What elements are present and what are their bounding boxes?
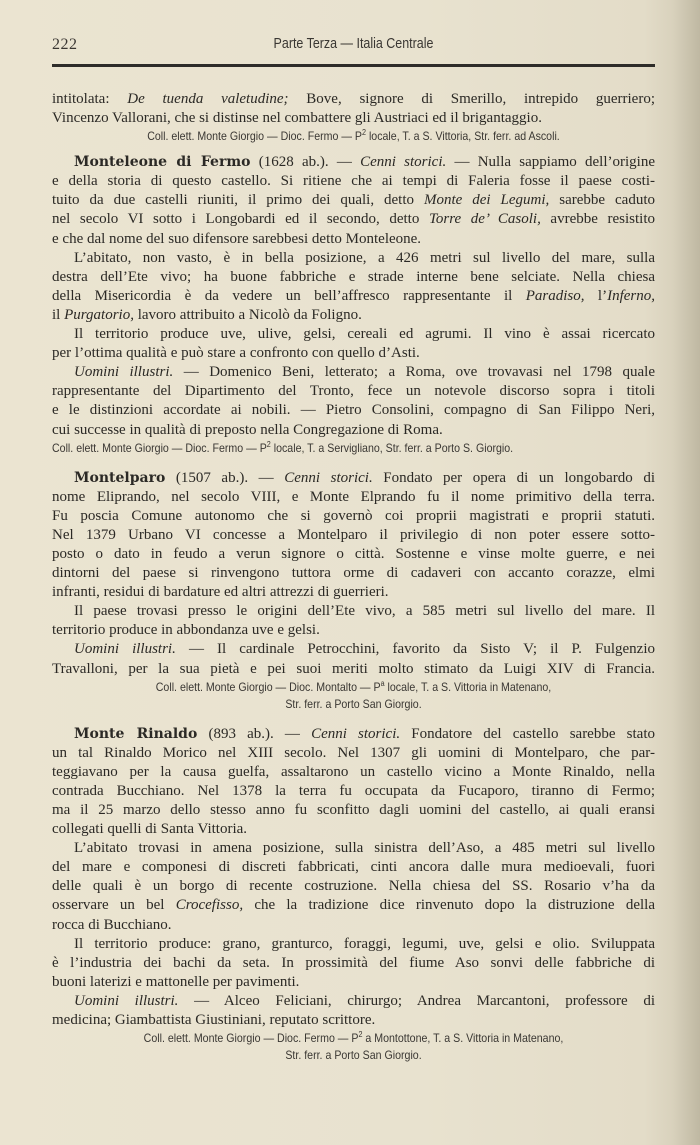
entry-monte-rinaldo: Monte Rinaldo (893 ab.). — Cenni storici…	[52, 725, 655, 1065]
running-head: 222 Parte Terza — Italia Centrale	[52, 34, 655, 58]
text-line: infranti, residui di bardature ed altri …	[52, 583, 655, 602]
text-line: Uomini illustri. — Domenico Beni, letter…	[52, 363, 655, 382]
text-line: tuito da due castelli riuniti, il primo …	[52, 191, 655, 210]
text-line: il Purgatorio, lavoro attribuito a Nicol…	[52, 306, 655, 325]
text-line: un tal Rinaldo Morico nel XIII secolo. N…	[52, 744, 655, 763]
text-line: medicina; Giambattista Giustiniani, repu…	[52, 1011, 655, 1030]
text-line: Travalloni, per la sua pietà e pei suoi …	[52, 660, 655, 679]
text-line: destra dell’Ete vivo; ha buone fabbriche…	[52, 268, 655, 287]
text-line: osservare un bel Crocefisso, che la trad…	[52, 896, 655, 915]
text-line: nome Eliprando, nel secolo VIII, e Monte…	[52, 488, 655, 507]
text-line: contrada Bucchiano. Nel 1378 la terra fu…	[52, 782, 655, 801]
text-line: delle quali è un borgo di recente costru…	[52, 877, 655, 896]
text-line: rappresentante del Dipartimento del Tron…	[52, 382, 655, 401]
text-line: e della storia di questo castello. Si ri…	[52, 172, 655, 191]
text-line: ma il 25 marzo dello stesso anno fu scon…	[52, 801, 655, 820]
running-title: Parte Terza — Italia Centrale	[94, 36, 613, 52]
text-line: rocca di Bucchiano.	[52, 916, 655, 935]
text-line: per l’ottima qualità e può stare a confr…	[52, 344, 655, 363]
entry-monteleone-di-fermo: Monteleone di Fermo (1628 ab.). — Cenni …	[52, 153, 655, 456]
body-text: intitolata: De tuenda valetudine; Bove, …	[52, 90, 655, 1064]
electoral-info: Coll. elett. Monte Giorgio — Dioc. Fermo…	[82, 128, 625, 145]
text-line: Il paese trovasi presso le origini dell’…	[52, 602, 655, 621]
text-line: della Misericordia è da vedere un bell’a…	[52, 287, 655, 306]
electoral-info: Coll. elett. Monte Giorgio — Dioc. Monta…	[82, 679, 625, 696]
text-line: L’abitato trovasi in amena posizione, su…	[52, 839, 655, 858]
text-line: cui successe in qualità di preposto nell…	[52, 421, 655, 440]
text-line: dintorni del paese si rinvengono tuttora…	[52, 564, 655, 583]
entry-heading: Monte Rinaldo	[74, 726, 197, 742]
entry-heading: Montelparo	[74, 470, 165, 486]
text-line: Nel 1379 Urbano VI concesse a Montelparo…	[52, 526, 655, 545]
book-page: 222 Parte Terza — Italia Centrale intito…	[0, 0, 700, 1145]
entry-continuation: intitolata: De tuenda valetudine; Bove, …	[52, 90, 655, 145]
header-rule	[52, 64, 655, 67]
text-line: Vincenzo Vallorani, che si distinse nel …	[52, 109, 655, 128]
text-line: Uomini illustri. — Alceo Feliciani, chir…	[52, 992, 655, 1011]
electoral-info: Coll. elett. Monte Giorgio — Dioc. Fermo…	[82, 1030, 625, 1047]
text-line: collegati quelli di Santa Vittoria.	[52, 820, 655, 839]
text-line: Monte Rinaldo (893 ab.). — Cenni storici…	[52, 725, 655, 744]
text-line: Uomini illustri. — Il cardinale Petrocch…	[52, 640, 655, 659]
text-line: intitolata: De tuenda valetudine; Bove, …	[52, 90, 655, 109]
text-line: territorio produce in abbondanza uve e g…	[52, 621, 655, 640]
text-line: L’abitato, non vasto, è in bella posizio…	[52, 249, 655, 268]
electoral-info-cont: Str. ferr. a Porto San Giorgio.	[82, 696, 625, 713]
text-line: è l’industria dei bachi da seta. In pros…	[52, 954, 655, 973]
electoral-info-cont: Str. ferr. a Porto San Giorgio.	[82, 1047, 625, 1064]
text-line: e le distinzioni accordate ai nobili. — …	[52, 401, 655, 420]
text-line: Montelparo (1507 ab.). — Cenni storici. …	[52, 469, 655, 488]
text-line: Il territorio produce uve, ulive, gelsi,…	[52, 325, 655, 344]
text-line: nel secolo VI sotto i Longobardi ed il s…	[52, 210, 655, 229]
text-line: del mare e componesi di discreti fabbric…	[52, 858, 655, 877]
electoral-info: Coll. elett. Monte Giorgio — Dioc. Fermo…	[52, 440, 595, 457]
text-line: buoni laterizi e mattonelle per paviment…	[52, 973, 655, 992]
text-line: posto o dato in feudo a verun signore o …	[52, 545, 655, 564]
page-number: 222	[52, 36, 78, 54]
text-line: teggiavano per la causa guelfa, assaltar…	[52, 763, 655, 782]
text-line: Fu poscia Comune autonomo che si governò…	[52, 507, 655, 526]
text-line: e che dal nome del suo difensore sarebbe…	[52, 230, 655, 249]
entry-montelparo: Montelparo (1507 ab.). — Cenni storici. …	[52, 469, 655, 713]
entry-heading: Monteleone di Fermo	[74, 154, 250, 170]
text-line: Monteleone di Fermo (1628 ab.). — Cenni …	[52, 153, 655, 172]
text-line: Il territorio produce: grano, granturco,…	[52, 935, 655, 954]
